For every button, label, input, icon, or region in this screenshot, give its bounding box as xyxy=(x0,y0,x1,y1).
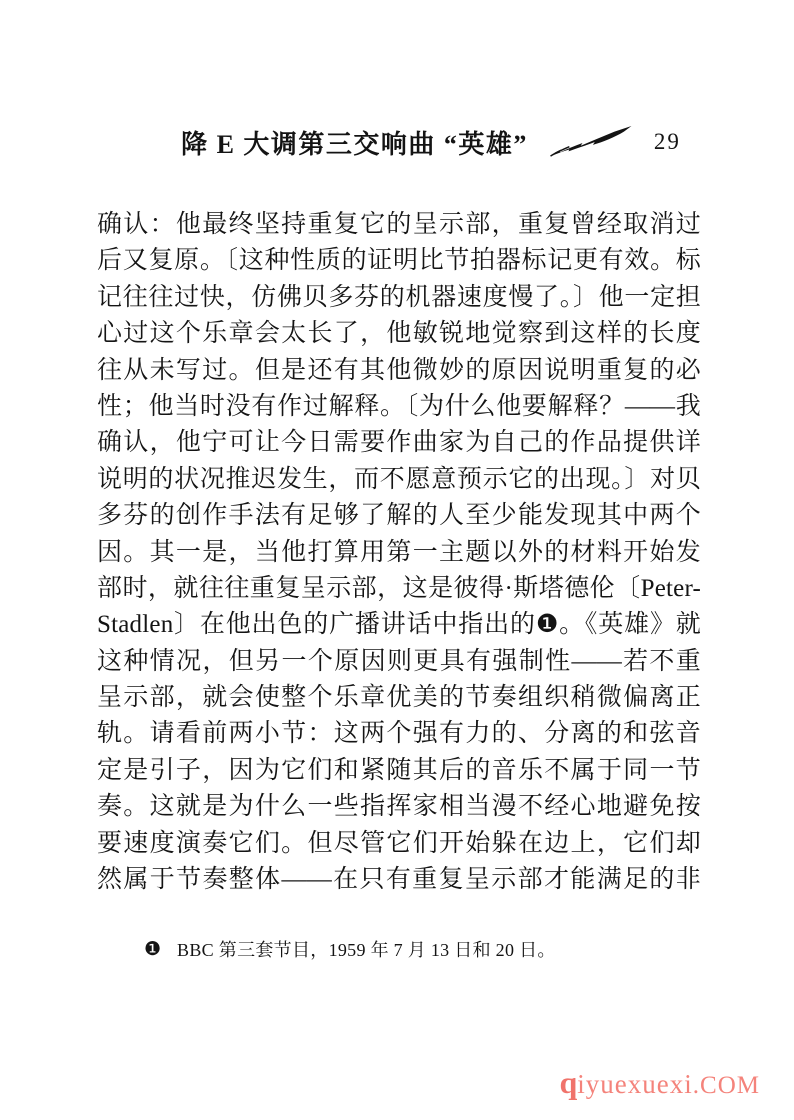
body-line: Stadlen〕在他出色的广播讲话中指出的❶。《英雄》就是 xyxy=(97,607,701,643)
page-header: 降 E 大调第三交响曲 “英雄” 29 xyxy=(0,122,794,162)
watermark-prefix: q xyxy=(560,1064,578,1100)
body-text: 确认：他最终坚持重复它的呈示部，重复曾经取消过然后又复原。〔这种性质的证明比节拍… xyxy=(97,207,701,898)
body-line: 部时，就往往重复呈示部，这是彼得·斯塔德伦〔Peter- xyxy=(97,571,701,607)
body-line: 定是引子，因为它们和紧随其后的音乐不属于同一节 xyxy=(97,753,701,789)
body-line: 记往往过快，仿佛贝多芬的机器速度慢了。〕他一定担 xyxy=(97,280,701,316)
body-line: 性；他当时没有作过解释。〔为什么他要解释？——我 xyxy=(97,389,701,425)
chapter-title: 降 E 大调第三交响曲 “英雄” xyxy=(181,124,528,161)
body-line: 确认，他宁可让今日需要作曲家为自己的作品提供详细 xyxy=(97,425,701,461)
body-line: 因。其一是，当他打算用第一主题以外的材料开始发展 xyxy=(97,535,701,571)
page-number: 29 xyxy=(654,129,681,155)
body-line: 往从未写过。但是还有其他微妙的原因说明重复的必要 xyxy=(97,353,701,389)
body-line: 说明的状况推迟发生，而不愿意预示它的出现。〕对贝 xyxy=(97,462,701,498)
body-line: 轨。请看前两小节：这两个强有力的、分离的和弦音一 xyxy=(97,716,701,752)
footnote: ❶ BBC 第三套节目，1959 年 7 月 13 日和 20 日。 xyxy=(144,936,556,962)
book-page: 降 E 大调第三交响曲 “英雄” 29 确认：他最终坚持重复它的呈示部，重复曾经… xyxy=(0,0,794,1120)
quill-icon xyxy=(548,126,634,158)
footnote-text: BBC 第三套节目，1959 年 7 月 13 日和 20 日。 xyxy=(177,936,556,962)
watermark-middle: iyuexuexi xyxy=(577,1069,692,1099)
body-line: 然属于节奏整体——在只有重复呈示部才能满足的非常 xyxy=(97,862,701,898)
watermark-suffix: .COM xyxy=(693,1072,760,1099)
body-line: 确认：他最终坚持重复它的呈示部，重复曾经取消过然 xyxy=(97,207,701,243)
body-line: 后又复原。〔这种性质的证明比节拍器标记更有效。标 xyxy=(97,243,701,279)
body-line: 奏。这就是为什么一些指挥家相当漫不经心地避免按主 xyxy=(97,789,701,825)
body-line: 这种情况，但另一个原因则更具有强制性——若不重复 xyxy=(97,644,701,680)
body-line: 多芬的创作手法有足够了解的人至少能发现其中两个原 xyxy=(97,498,701,534)
body-line: 呈示部，就会使整个乐章优美的节奏组织稍微偏离正 xyxy=(97,680,701,716)
body-line: 心过这个乐章会太长了，他敏锐地觉察到这样的长度以 xyxy=(97,316,701,352)
body-line: 要速度演奏它们。但尽管它们开始躲在边上，它们却依 xyxy=(97,826,701,862)
watermark: qiyuexuexi.COM xyxy=(560,1066,761,1102)
footnote-marker-icon: ❶ xyxy=(144,940,161,959)
